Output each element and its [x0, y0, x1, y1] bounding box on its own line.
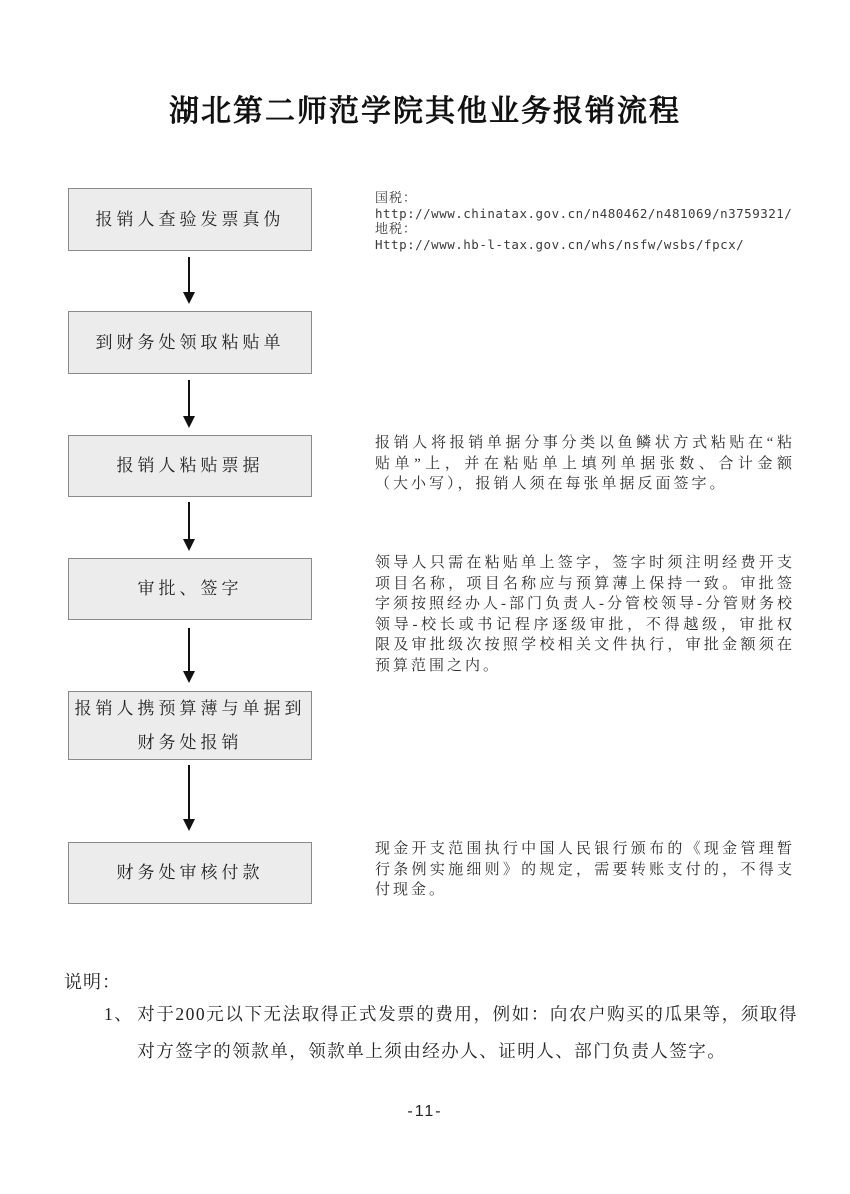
note-item-marker: 1、	[104, 996, 133, 1070]
arrow-shaft	[188, 502, 190, 539]
local-tax-label: 地税：	[375, 221, 805, 237]
flow-step-finance-review-payment: 财务处审核付款	[68, 842, 312, 904]
notes-heading: 说明：	[64, 968, 121, 994]
paste-instructions-note: 报销人将报销单据分事分类以鱼鳞状方式粘贴在“粘贴单”上，并在粘贴单上填列单据张数…	[375, 433, 795, 495]
flow-arrow-down-icon	[178, 380, 200, 428]
flow-step-paste-receipts-label: 报销人粘贴票据	[117, 449, 264, 482]
flow-step-get-paste-sheet: 到财务处领取粘贴单	[68, 311, 312, 374]
page-title: 湖北第二师范学院其他业务报销流程	[0, 86, 850, 130]
national-tax-label: 国税：	[375, 190, 805, 206]
document-page: 湖北第二师范学院其他业务报销流程 报销人查验发票真伪 到财务处领取粘贴单 报销人…	[0, 0, 850, 1194]
flow-step-verify-invoice: 报销人查验发票真伪	[68, 188, 312, 251]
note-item: 1、 对于200元以下无法取得正式发票的费用，例如：向农户购买的瓜果等，须取得对…	[104, 996, 798, 1070]
arrow-head	[183, 539, 195, 551]
arrow-shaft	[188, 628, 190, 671]
flow-step-paste-receipts: 报销人粘贴票据	[68, 435, 312, 497]
flow-step-submit-to-finance-label: 报销人携预算薄与单据到 财务处报销	[75, 692, 306, 758]
flow-step-approve-sign-label: 审批、签字	[138, 572, 243, 605]
flow-step-get-paste-sheet-label: 到财务处领取粘贴单	[96, 326, 285, 359]
flow-step-finance-review-payment-label: 财务处审核付款	[117, 856, 264, 889]
arrow-head	[183, 671, 195, 683]
tax-verification-links: 国税： http://www.chinatax.gov.cn/n480462/n…	[375, 190, 805, 252]
arrow-head	[183, 819, 195, 831]
arrow-shaft	[188, 380, 190, 416]
flow-arrow-down-icon	[178, 765, 200, 831]
arrow-head	[183, 416, 195, 428]
local-tax-url: Http://www.hb-l-tax.gov.cn/whs/nsfw/wsbs…	[375, 237, 805, 253]
payment-instructions-note: 现金开支范围执行中国人民银行颁布的《现金管理暂行条例实施细则》的规定，需要转账支…	[375, 839, 795, 901]
arrow-head	[183, 292, 195, 304]
page-number: -11-	[0, 1103, 850, 1121]
note-item-text: 对于200元以下无法取得正式发票的费用，例如：向农户购买的瓜果等，须取得对方签字…	[137, 996, 798, 1070]
flow-arrow-down-icon	[178, 502, 200, 551]
flow-arrow-down-icon	[178, 628, 200, 683]
arrow-shaft	[188, 765, 190, 819]
arrow-shaft	[188, 257, 190, 292]
flow-step-submit-to-finance: 报销人携预算薄与单据到 财务处报销	[68, 691, 312, 760]
flow-step-approve-sign: 审批、签字	[68, 558, 312, 620]
approval-instructions-note: 领导人只需在粘贴单上签字，签字时须注明经费开支项目名称，项目名称应与预算薄上保持…	[375, 553, 795, 676]
flow-step-verify-invoice-label: 报销人查验发票真伪	[96, 203, 285, 236]
national-tax-url: http://www.chinatax.gov.cn/n480462/n4810…	[375, 206, 805, 222]
flow-arrow-down-icon	[178, 257, 200, 304]
